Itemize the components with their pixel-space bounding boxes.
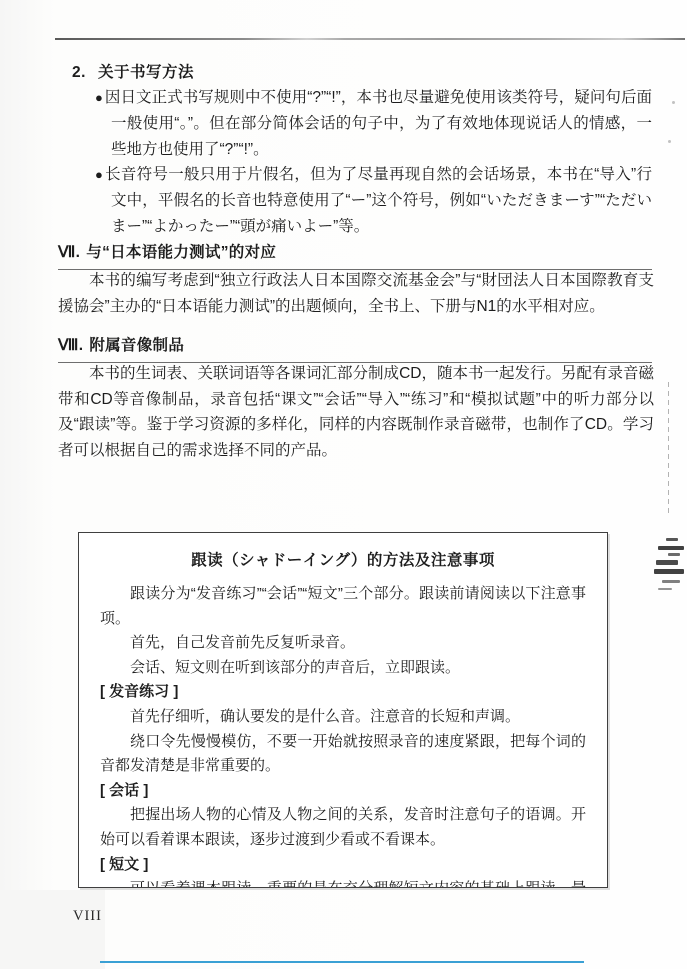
- section-title: 与“日本语能力测试”的对应: [86, 244, 276, 261]
- bottom-margin-shade: [0, 890, 105, 969]
- bullet-icon: ●: [95, 90, 103, 105]
- scan-speck: [668, 140, 671, 143]
- right-edge-scan-dashes: [668, 382, 669, 514]
- right-edge-ink-streaks: [652, 536, 687, 606]
- section-number: Ⅷ.: [58, 337, 83, 354]
- box-title: 跟读（シャドーイング）的方法及注意事项: [100, 548, 586, 570]
- writing-method-bullet-list: ●因日文正式书写规则中不使用“?”“!”，本书也尽量避免使用该类符号，疑问句后面…: [95, 85, 652, 240]
- section-jlpt-heading: Ⅶ.与“日本语能力测试”的对应: [58, 240, 652, 270]
- bullet-icon: ●: [95, 167, 103, 182]
- box-intro-line: 首先，自己发音前先反复听录音。: [100, 631, 586, 656]
- section-av-products-body: 本书的生词表、关联词语等各课词汇部分制成CD，随本书一起发行。另配有录音磁带和C…: [58, 361, 654, 464]
- subsection-paragraph: 首先仔细听，确认要发的是什么音。注意音的长短和声调。: [100, 705, 586, 730]
- page-top-scan-edge: [55, 38, 685, 40]
- section-writing-method-heading: 2.关于书写方法: [72, 60, 194, 82]
- bottom-blue-scan-line: [100, 961, 584, 963]
- bullet-item: ●长音符号一般只用于片假名，但为了尽量再现自然的会话场景，本书在“导入”行文中，…: [95, 162, 652, 239]
- section-number: Ⅶ.: [58, 244, 80, 261]
- section-jlpt-body: 本书的编写考虑到“独立行政法人日本国際交流基金会”与“財団法人日本国際教育支援協…: [58, 268, 654, 319]
- section-number: 2.: [72, 64, 86, 81]
- shadowing-notice-box: 跟读（シャドーイング）的方法及注意事项 跟读分为“发音练习”“会话”“短文”三个…: [78, 532, 608, 888]
- box-intro-line: 会话、短文则在听到该部分的声音后，立即跟读。: [100, 656, 586, 681]
- bullet-text: 因日文正式书写规则中不使用“?”“!”，本书也尽量避免使用该类符号，疑问句后面一…: [105, 89, 652, 158]
- subsection-paragraph: 可以看着课本跟读。重要的是在充分理解短文内容的基础上跟读。最好反复跟读，达到能够…: [100, 877, 586, 888]
- subsection-paragraph: 绕口令先慢慢模仿，不要一开始就按照录音的速度紧跟，把每个词的音都发清楚是非常重要…: [100, 730, 586, 779]
- section-title: 附属音像制品: [89, 337, 184, 354]
- section-title: 关于书写方法: [98, 64, 194, 81]
- bullet-item: ●因日文正式书写规则中不使用“?”“!”，本书也尽量避免使用该类符号，疑问句后面…: [95, 85, 652, 162]
- subsection-label-pronunciation: [ 发音练习 ]: [100, 680, 586, 705]
- scanned-book-page: { "icons": { "bullet": "●" }, "sections"…: [0, 0, 687, 969]
- bullet-text: 长音符号一般只用于片假名，但为了尽量再现自然的会话场景，本书在“导入”行文中，平…: [105, 166, 652, 235]
- page-number: VIII: [73, 908, 102, 925]
- box-intro-line: 跟读分为“发音练习”“会话”“短文”三个部分。跟读前请阅读以下注意事项。: [100, 582, 586, 631]
- subsection-label-short-text: [ 短文 ]: [100, 853, 586, 878]
- subsection-paragraph: 把握出场人物的心情及人物之间的关系，发音时注意句子的语调。开始可以看着课本跟读，…: [100, 803, 586, 852]
- subsection-label-conversation: [ 会话 ]: [100, 779, 586, 804]
- scan-speck: [672, 101, 675, 104]
- section-av-products-heading: Ⅷ.附属音像制品: [58, 333, 652, 363]
